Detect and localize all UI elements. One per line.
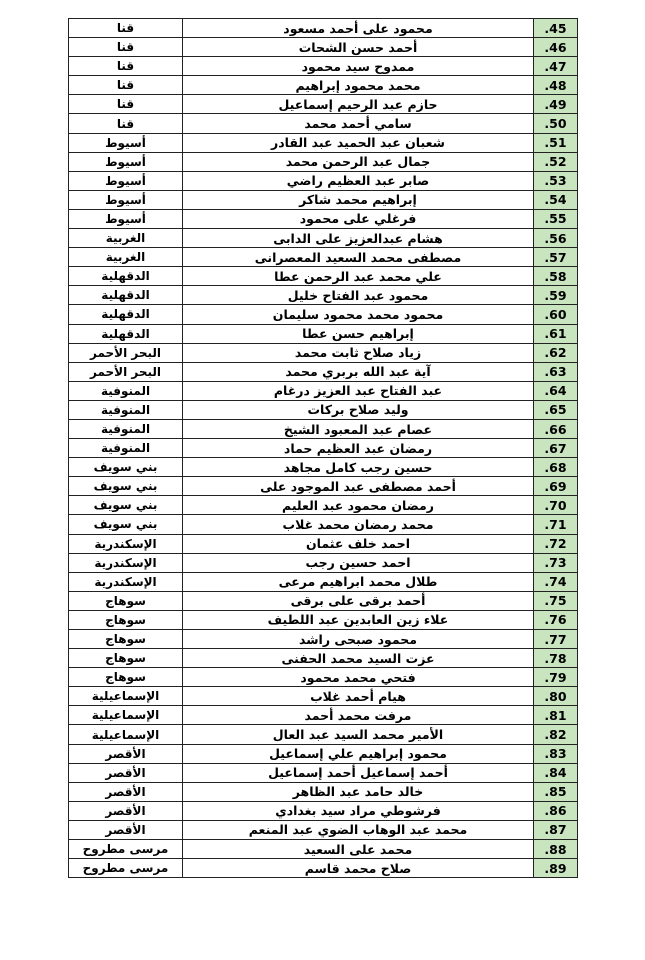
governorate-cell: الأقصر: [69, 820, 183, 839]
serial-number-cell: .55: [534, 209, 578, 228]
full-name-cell: صلاح محمد قاسم: [183, 859, 534, 878]
full-name-cell: حسين رجب كامل مجاهد: [183, 458, 534, 477]
governorate-cell: الأقصر: [69, 763, 183, 782]
table-row: .77 محمود صبحى راشد سوهاج: [69, 630, 578, 649]
table-row: .78 عزت السيد محمد الحفنى سوهاج: [69, 649, 578, 668]
serial-number-cell: .65: [534, 400, 578, 419]
governorate-cell: الإسكندرية: [69, 553, 183, 572]
table-row: .46 أحمد حسن الشحات قنا: [69, 38, 578, 57]
serial-number-cell: .51: [534, 133, 578, 152]
governorate-cell: المنوفية: [69, 419, 183, 438]
governorate-cell: الدقهلية: [69, 267, 183, 286]
governorate-cell: سوهاج: [69, 668, 183, 687]
table-row: .73 احمد حسين رجب الإسكندرية: [69, 553, 578, 572]
full-name-cell: إبراهيم حسن عطا: [183, 324, 534, 343]
serial-number-cell: .71: [534, 515, 578, 534]
table-row: .75 أحمد برقى على برقى سوهاج: [69, 591, 578, 610]
serial-number-cell: .74: [534, 572, 578, 591]
governorate-cell: أسيوط: [69, 190, 183, 209]
serial-number-cell: .47: [534, 57, 578, 76]
serial-number-cell: .87: [534, 820, 578, 839]
governorate-cell: الإسماعيلية: [69, 706, 183, 725]
governorate-cell: سوهاج: [69, 610, 183, 629]
governorate-cell: قنا: [69, 114, 183, 133]
full-name-cell: أحمد مصطفى عبد الموجود على: [183, 477, 534, 496]
roster-table: .45 محمود على أحمد مسعود قنا .46 أحمد حس…: [68, 18, 578, 878]
full-name-cell: محمود إبراهيم علي إسماعيل: [183, 744, 534, 763]
governorate-cell: الغربية: [69, 229, 183, 248]
full-name-cell: هشام عبدالعزيز على الدابى: [183, 229, 534, 248]
roster-body: .45 محمود على أحمد مسعود قنا .46 أحمد حس…: [69, 19, 578, 878]
full-name-cell: عزت السيد محمد الحفنى: [183, 649, 534, 668]
full-name-cell: شعبان عبد الحميد عبد القادر: [183, 133, 534, 152]
serial-number-cell: .75: [534, 591, 578, 610]
roster-table-wrapper: .45 محمود على أحمد مسعود قنا .46 أحمد حس…: [68, 18, 578, 878]
serial-number-cell: .69: [534, 477, 578, 496]
full-name-cell: عصام عبد المعبود الشيخ: [183, 419, 534, 438]
full-name-cell: محمود عبد الفتاح خليل: [183, 286, 534, 305]
full-name-cell: حازم عبد الرحيم إسماعيل: [183, 95, 534, 114]
full-name-cell: رمضان محمود عبد العليم: [183, 496, 534, 515]
serial-number-cell: .57: [534, 248, 578, 267]
governorate-cell: أسيوط: [69, 171, 183, 190]
serial-number-cell: .72: [534, 534, 578, 553]
governorate-cell: أسيوط: [69, 209, 183, 228]
serial-number-cell: .68: [534, 458, 578, 477]
serial-number-cell: .50: [534, 114, 578, 133]
governorate-cell: الإسماعيلية: [69, 725, 183, 744]
table-row: .48 محمد محمود إبراهيم قنا: [69, 76, 578, 95]
governorate-cell: سوهاج: [69, 591, 183, 610]
serial-number-cell: .70: [534, 496, 578, 515]
table-row: .64 عبد الفتاح عبد العزيز درغام المنوفية: [69, 381, 578, 400]
table-row: .53 صابر عبد العظيم راضي أسيوط: [69, 171, 578, 190]
table-row: .74 طلال محمد ابراهيم مرعى الإسكندرية: [69, 572, 578, 591]
serial-number-cell: .58: [534, 267, 578, 286]
governorate-cell: أسيوط: [69, 152, 183, 171]
table-row: .76 علاء زين العابدين عبد اللطيف سوهاج: [69, 610, 578, 629]
full-name-cell: احمد حسين رجب: [183, 553, 534, 572]
serial-number-cell: .45: [534, 19, 578, 38]
table-row: .51 شعبان عبد الحميد عبد القادر أسيوط: [69, 133, 578, 152]
full-name-cell: آية عبد الله بربري محمد: [183, 362, 534, 381]
full-name-cell: خالد حامد عبد الظاهر: [183, 782, 534, 801]
governorate-cell: البحر الأحمر: [69, 343, 183, 362]
serial-number-cell: .49: [534, 95, 578, 114]
table-row: .88 محمد على السعيد مرسى مطروح: [69, 840, 578, 859]
governorate-cell: الأقصر: [69, 801, 183, 820]
full-name-cell: محمود صبحى راشد: [183, 630, 534, 649]
full-name-cell: أحمد برقى على برقى: [183, 591, 534, 610]
governorate-cell: سوهاج: [69, 630, 183, 649]
full-name-cell: محمد على السعيد: [183, 840, 534, 859]
full-name-cell: علاء زين العابدين عبد اللطيف: [183, 610, 534, 629]
table-row: .83 محمود إبراهيم علي إسماعيل الأقصر: [69, 744, 578, 763]
full-name-cell: فرغلي على محمود: [183, 209, 534, 228]
serial-number-cell: .84: [534, 763, 578, 782]
full-name-cell: مصطفى محمد السعيد المعصرانى: [183, 248, 534, 267]
governorate-cell: الأقصر: [69, 782, 183, 801]
table-row: .70 رمضان محمود عبد العليم بني سويف: [69, 496, 578, 515]
governorate-cell: الإسماعيلية: [69, 687, 183, 706]
governorate-cell: بني سويف: [69, 477, 183, 496]
table-row: .59 محمود عبد الفتاح خليل الدقهلية: [69, 286, 578, 305]
table-row: .58 علي محمد عبد الرحمن عطا الدقهلية: [69, 267, 578, 286]
table-row: .45 محمود على أحمد مسعود قنا: [69, 19, 578, 38]
full-name-cell: عبد الفتاح عبد العزيز درغام: [183, 381, 534, 400]
table-row: .56 هشام عبدالعزيز على الدابى الغربية: [69, 229, 578, 248]
serial-number-cell: .52: [534, 152, 578, 171]
table-row: .66 عصام عبد المعبود الشيخ المنوفية: [69, 419, 578, 438]
full-name-cell: محمد رمضان محمد غلاب: [183, 515, 534, 534]
serial-number-cell: .66: [534, 419, 578, 438]
governorate-cell: الإسكندرية: [69, 572, 183, 591]
serial-number-cell: .73: [534, 553, 578, 572]
table-row: .87 محمد عبد الوهاب الضوي عبد المنعم الأ…: [69, 820, 578, 839]
table-row: .80 هيام أحمد غلاب الإسماعيلية: [69, 687, 578, 706]
serial-number-cell: .88: [534, 840, 578, 859]
governorate-cell: المنوفية: [69, 381, 183, 400]
table-row: .82 الأمير محمد السيد عبد العال الإسماعي…: [69, 725, 578, 744]
table-row: .85 خالد حامد عبد الظاهر الأقصر: [69, 782, 578, 801]
serial-number-cell: .83: [534, 744, 578, 763]
full-name-cell: رمضان عبد العظيم حماد: [183, 439, 534, 458]
serial-number-cell: .53: [534, 171, 578, 190]
governorate-cell: بني سويف: [69, 458, 183, 477]
full-name-cell: أحمد حسن الشحات: [183, 38, 534, 57]
full-name-cell: وليد صلاح بركات: [183, 400, 534, 419]
table-row: .71 محمد رمضان محمد غلاب بني سويف: [69, 515, 578, 534]
serial-number-cell: .63: [534, 362, 578, 381]
full-name-cell: محمود محمد محمود سليمان: [183, 305, 534, 324]
governorate-cell: الدقهلية: [69, 324, 183, 343]
governorate-cell: قنا: [69, 38, 183, 57]
governorate-cell: مرسى مطروح: [69, 859, 183, 878]
governorate-cell: بني سويف: [69, 515, 183, 534]
table-row: .55 فرغلي على محمود أسيوط: [69, 209, 578, 228]
full-name-cell: احمد خلف عثمان: [183, 534, 534, 553]
table-row: .54 إبراهيم محمد شاكر أسيوط: [69, 190, 578, 209]
table-row: .63 آية عبد الله بربري محمد البحر الأحمر: [69, 362, 578, 381]
table-row: .68 حسين رجب كامل مجاهد بني سويف: [69, 458, 578, 477]
governorate-cell: الأقصر: [69, 744, 183, 763]
governorate-cell: قنا: [69, 76, 183, 95]
table-row: .65 وليد صلاح بركات المنوفية: [69, 400, 578, 419]
full-name-cell: محمود على أحمد مسعود: [183, 19, 534, 38]
full-name-cell: فتحي محمد محمود: [183, 668, 534, 687]
full-name-cell: إبراهيم محمد شاكر: [183, 190, 534, 209]
table-row: .49 حازم عبد الرحيم إسماعيل قنا: [69, 95, 578, 114]
governorate-cell: بني سويف: [69, 496, 183, 515]
serial-number-cell: .54: [534, 190, 578, 209]
serial-number-cell: .89: [534, 859, 578, 878]
serial-number-cell: .64: [534, 381, 578, 400]
governorate-cell: سوهاج: [69, 649, 183, 668]
table-row: .81 مرفت محمد أحمد الإسماعيلية: [69, 706, 578, 725]
governorate-cell: الغربية: [69, 248, 183, 267]
serial-number-cell: .62: [534, 343, 578, 362]
table-row: .57 مصطفى محمد السعيد المعصرانى الغربية: [69, 248, 578, 267]
serial-number-cell: .67: [534, 439, 578, 458]
table-row: .84 أحمد إسماعيل أحمد إسماعيل الأقصر: [69, 763, 578, 782]
serial-number-cell: .80: [534, 687, 578, 706]
table-row: .60 محمود محمد محمود سليمان الدقهلية: [69, 305, 578, 324]
serial-number-cell: .59: [534, 286, 578, 305]
serial-number-cell: .60: [534, 305, 578, 324]
serial-number-cell: .85: [534, 782, 578, 801]
governorate-cell: المنوفية: [69, 439, 183, 458]
serial-number-cell: .81: [534, 706, 578, 725]
table-row: .50 سامي أحمد محمد قنا: [69, 114, 578, 133]
governorate-cell: الدقهلية: [69, 305, 183, 324]
serial-number-cell: .79: [534, 668, 578, 687]
full-name-cell: زياد صلاح ثابت محمد: [183, 343, 534, 362]
full-name-cell: طلال محمد ابراهيم مرعى: [183, 572, 534, 591]
full-name-cell: علي محمد عبد الرحمن عطا: [183, 267, 534, 286]
governorate-cell: مرسى مطروح: [69, 840, 183, 859]
governorate-cell: الدقهلية: [69, 286, 183, 305]
table-row: .69 أحمد مصطفى عبد الموجود على بني سويف: [69, 477, 578, 496]
serial-number-cell: .48: [534, 76, 578, 95]
full-name-cell: محمد محمود إبراهيم: [183, 76, 534, 95]
serial-number-cell: .46: [534, 38, 578, 57]
full-name-cell: هيام أحمد غلاب: [183, 687, 534, 706]
full-name-cell: سامي أحمد محمد: [183, 114, 534, 133]
governorate-cell: قنا: [69, 19, 183, 38]
serial-number-cell: .77: [534, 630, 578, 649]
serial-number-cell: .76: [534, 610, 578, 629]
table-row: .86 فرشوطي مراد سيد بغدادي الأقصر: [69, 801, 578, 820]
table-row: .47 ممدوح سيد محمود قنا: [69, 57, 578, 76]
table-row: .67 رمضان عبد العظيم حماد المنوفية: [69, 439, 578, 458]
full-name-cell: الأمير محمد السيد عبد العال: [183, 725, 534, 744]
full-name-cell: محمد عبد الوهاب الضوي عبد المنعم: [183, 820, 534, 839]
governorate-cell: أسيوط: [69, 133, 183, 152]
governorate-cell: قنا: [69, 95, 183, 114]
full-name-cell: جمال عبد الرحمن محمد: [183, 152, 534, 171]
serial-number-cell: .86: [534, 801, 578, 820]
full-name-cell: أحمد إسماعيل أحمد إسماعيل: [183, 763, 534, 782]
table-row: .79 فتحي محمد محمود سوهاج: [69, 668, 578, 687]
table-row: .72 احمد خلف عثمان الإسكندرية: [69, 534, 578, 553]
table-row: .89 صلاح محمد قاسم مرسى مطروح: [69, 859, 578, 878]
full-name-cell: مرفت محمد أحمد: [183, 706, 534, 725]
table-row: .52 جمال عبد الرحمن محمد أسيوط: [69, 152, 578, 171]
table-row: .62 زياد صلاح ثابت محمد البحر الأحمر: [69, 343, 578, 362]
serial-number-cell: .61: [534, 324, 578, 343]
governorate-cell: الإسكندرية: [69, 534, 183, 553]
governorate-cell: البحر الأحمر: [69, 362, 183, 381]
full-name-cell: ممدوح سيد محمود: [183, 57, 534, 76]
serial-number-cell: .56: [534, 229, 578, 248]
full-name-cell: صابر عبد العظيم راضي: [183, 171, 534, 190]
full-name-cell: فرشوطي مراد سيد بغدادي: [183, 801, 534, 820]
serial-number-cell: .82: [534, 725, 578, 744]
serial-number-cell: .78: [534, 649, 578, 668]
document-page: .45 محمود على أحمد مسعود قنا .46 أحمد حس…: [0, 0, 645, 960]
governorate-cell: المنوفية: [69, 400, 183, 419]
governorate-cell: قنا: [69, 57, 183, 76]
table-row: .61 إبراهيم حسن عطا الدقهلية: [69, 324, 578, 343]
